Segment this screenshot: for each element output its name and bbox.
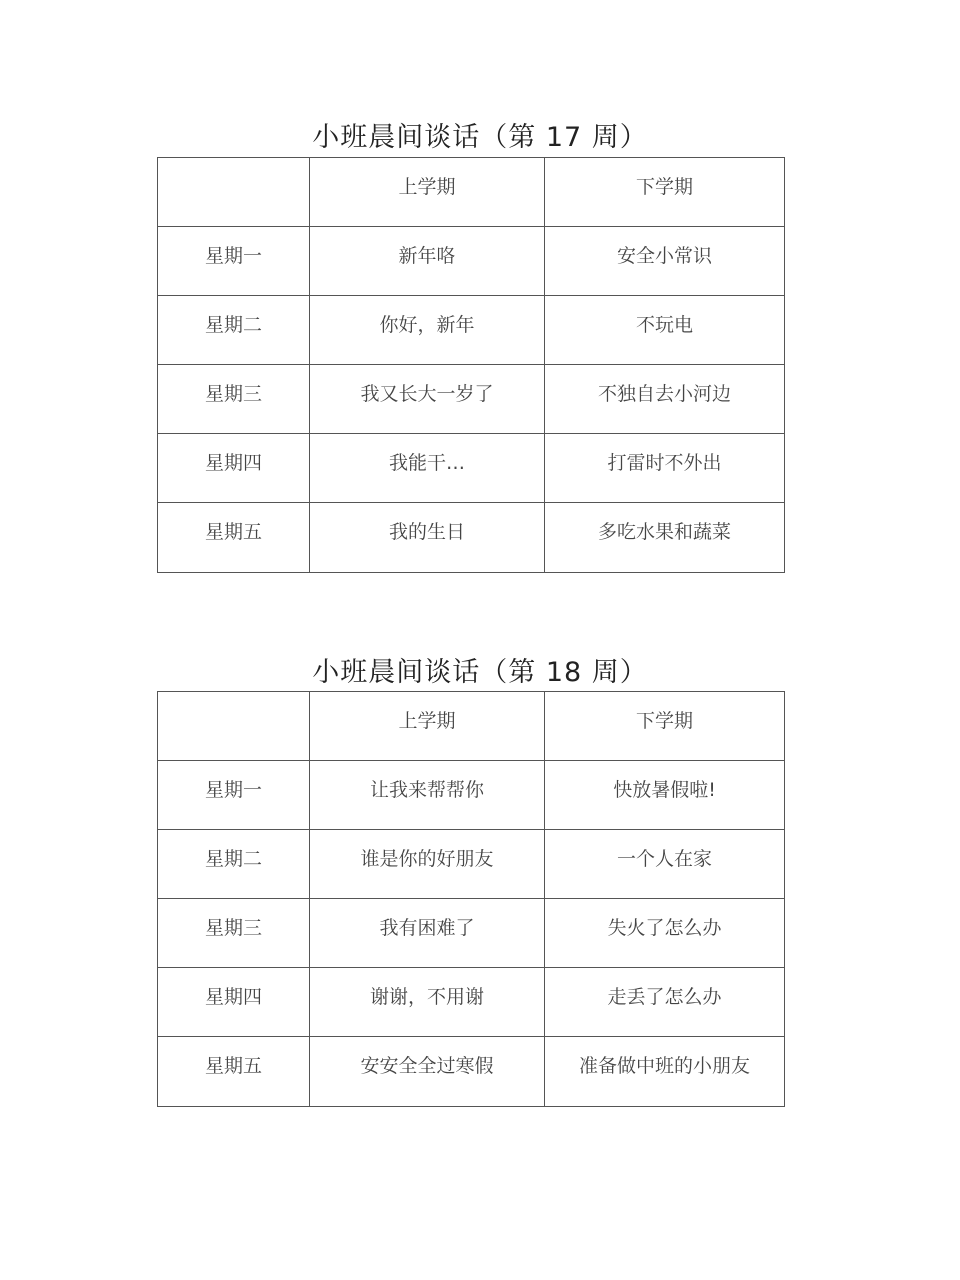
day-cell: 星期二: [158, 296, 310, 365]
header-cell-empty: [158, 158, 310, 227]
header-row: 上学期 下学期: [158, 158, 785, 227]
first-term-cell: 谢谢，不用谢: [310, 968, 545, 1037]
table-row: 星期五 安安全全过寒假 准备做中班的小朋友: [158, 1037, 785, 1107]
second-term-cell: 准备做中班的小朋友: [545, 1037, 785, 1107]
header-cell-first-term: 上学期: [310, 158, 545, 227]
first-term-cell: 你好，新年: [310, 296, 545, 365]
second-term-cell: 快放暑假啦!: [545, 761, 785, 830]
table-row: 星期三 我有困难了 失火了怎么办: [158, 899, 785, 968]
day-cell: 星期四: [158, 434, 310, 503]
second-term-cell: 不独自去小河边: [545, 365, 785, 434]
second-term-cell: 一个人在家: [545, 830, 785, 899]
table-row: 星期二 谁是你的好朋友 一个人在家: [158, 830, 785, 899]
first-term-cell: 安安全全过寒假: [310, 1037, 545, 1107]
table-title-week-18: 小班晨间谈话（第 18 周）: [0, 650, 960, 689]
day-cell: 星期四: [158, 968, 310, 1037]
day-cell: 星期五: [158, 503, 310, 573]
table-row: 星期二 你好，新年 不玩电: [158, 296, 785, 365]
first-term-cell: 谁是你的好朋友: [310, 830, 545, 899]
table-row: 星期三 我又长大一岁了 不独自去小河边: [158, 365, 785, 434]
table-title-week-17: 小班晨间谈话（第 17 周）: [0, 115, 960, 154]
table-row: 星期一 让我来帮帮你 快放暑假啦!: [158, 761, 785, 830]
header-row: 上学期 下学期: [158, 692, 785, 761]
first-term-cell: 我又长大一岁了: [310, 365, 545, 434]
schedule-table-week-17: 上学期 下学期 星期一 新年咯 安全小常识 星期二 你好，新年 不玩电 星期三 …: [157, 157, 785, 573]
header-cell-first-term: 上学期: [310, 692, 545, 761]
table-row: 星期一 新年咯 安全小常识: [158, 227, 785, 296]
header-cell-empty: [158, 692, 310, 761]
day-cell: 星期三: [158, 365, 310, 434]
day-cell: 星期三: [158, 899, 310, 968]
second-term-cell: 失火了怎么办: [545, 899, 785, 968]
day-cell: 星期一: [158, 761, 310, 830]
day-cell: 星期五: [158, 1037, 310, 1107]
second-term-cell: 安全小常识: [545, 227, 785, 296]
first-term-cell: 我有困难了: [310, 899, 545, 968]
second-term-cell: 走丢了怎么办: [545, 968, 785, 1037]
second-term-cell: 不玩电: [545, 296, 785, 365]
table-row: 星期四 我能干… 打雷时不外出: [158, 434, 785, 503]
schedule-table-week-18: 上学期 下学期 星期一 让我来帮帮你 快放暑假啦! 星期二 谁是你的好朋友 一个…: [157, 691, 785, 1107]
header-cell-second-term: 下学期: [545, 158, 785, 227]
day-cell: 星期二: [158, 830, 310, 899]
day-cell: 星期一: [158, 227, 310, 296]
header-cell-second-term: 下学期: [545, 692, 785, 761]
second-term-cell: 打雷时不外出: [545, 434, 785, 503]
first-term-cell: 新年咯: [310, 227, 545, 296]
first-term-cell: 我的生日: [310, 503, 545, 573]
second-term-cell: 多吃水果和蔬菜: [545, 503, 785, 573]
table-row: 星期四 谢谢，不用谢 走丢了怎么办: [158, 968, 785, 1037]
first-term-cell: 我能干…: [310, 434, 545, 503]
table-row: 星期五 我的生日 多吃水果和蔬菜: [158, 503, 785, 573]
first-term-cell: 让我来帮帮你: [310, 761, 545, 830]
